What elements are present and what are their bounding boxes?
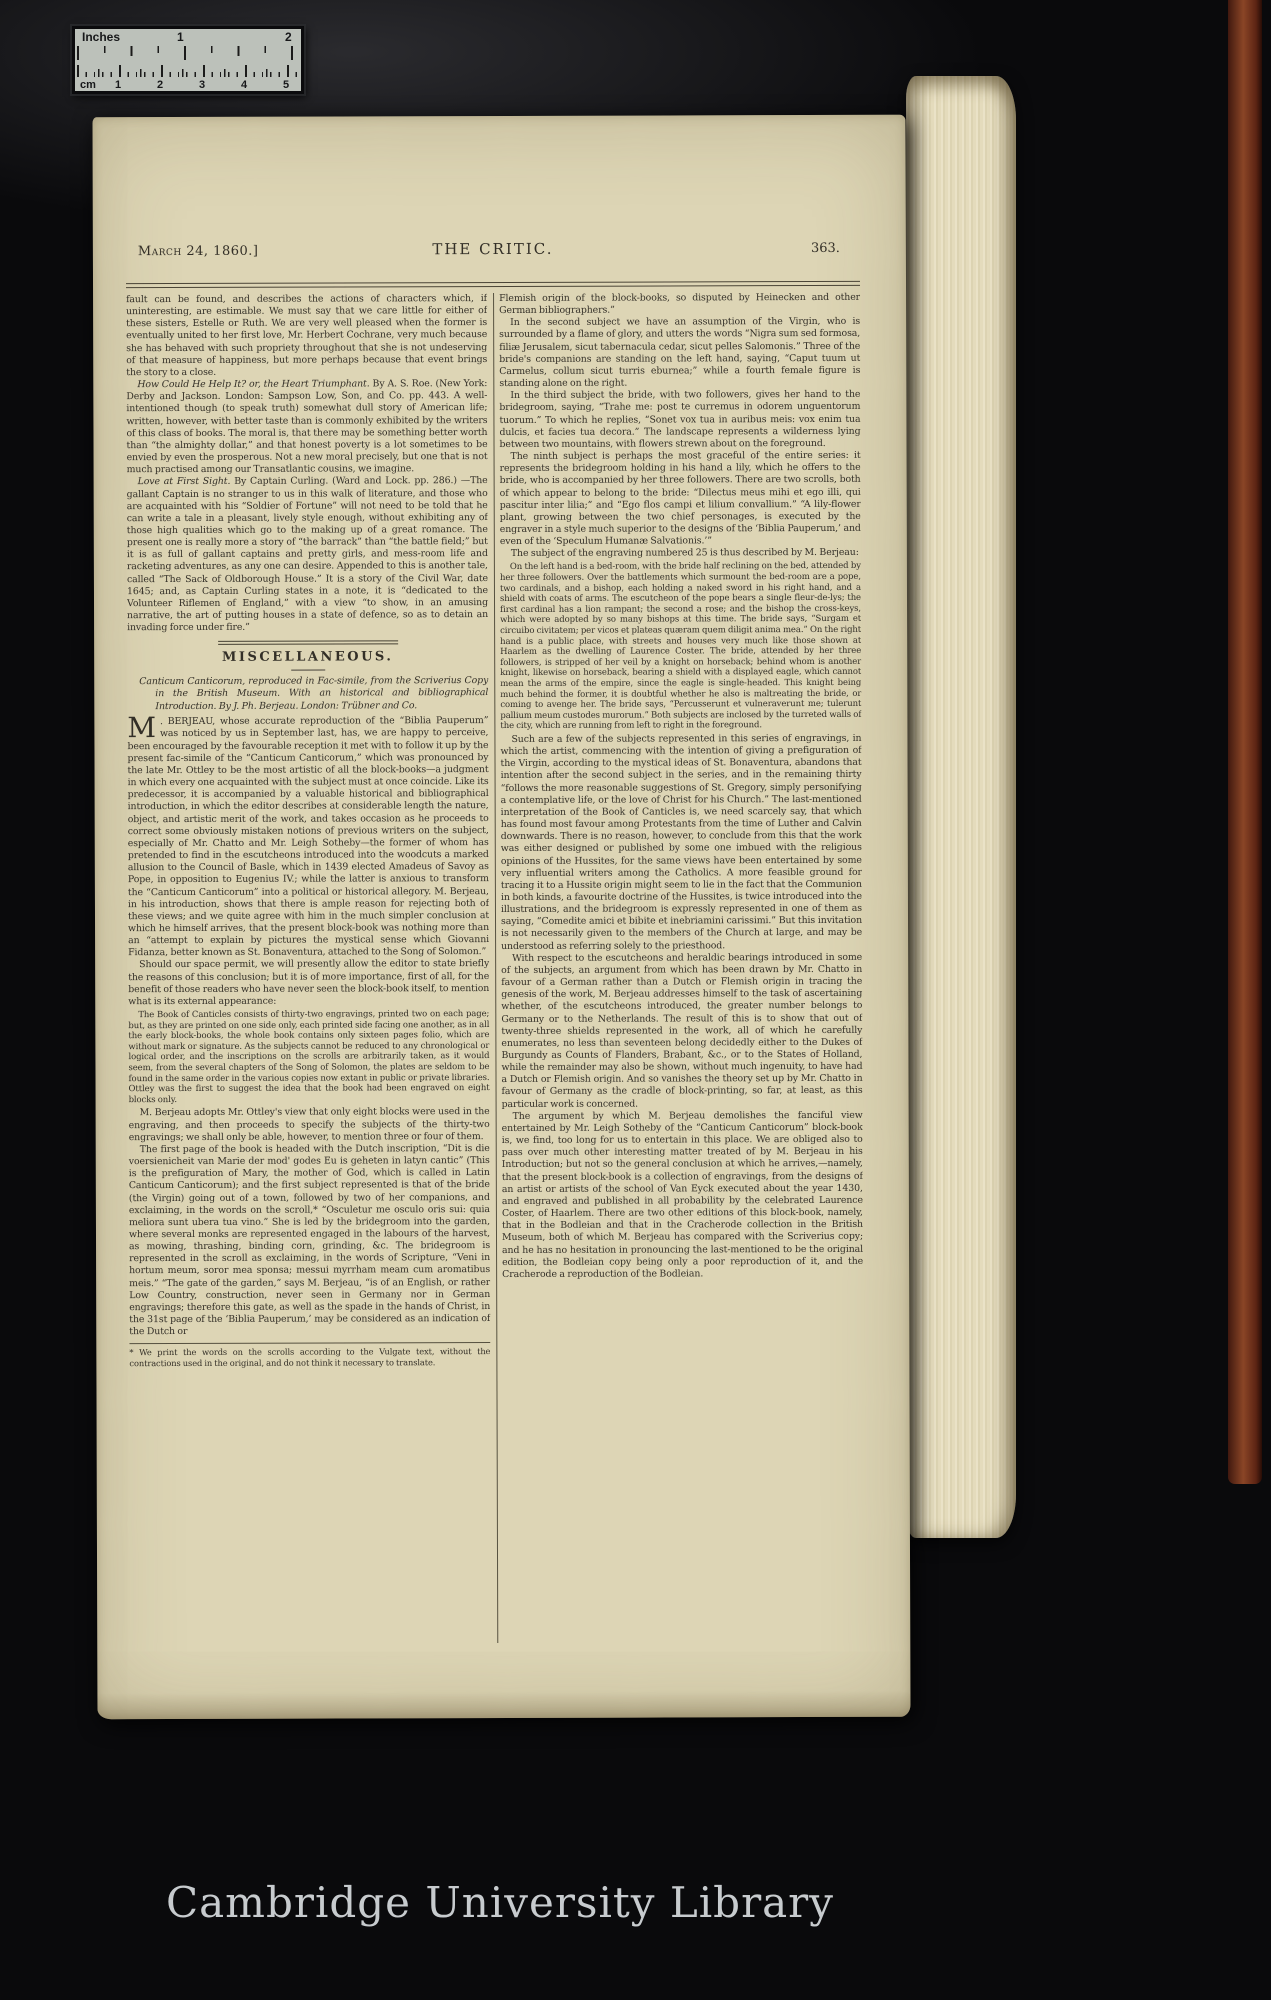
scanned-page: March 24, 1860.] THE CRITIC. 363. fault … <box>92 115 910 1720</box>
ruler-cm-number: 4 <box>241 79 247 91</box>
paragraph: In the third subject the bride, with two… <box>499 389 860 451</box>
photographic-ruler: Inches 1 2 cm 1 2 3 4 5 <box>72 26 304 94</box>
paragraph: The argument by which M. Berjeau demolis… <box>502 1110 864 1281</box>
ruler-cm-number: 1 <box>115 79 121 91</box>
lead-paragraph: M. BERJEAU, whose accurate reproduction … <box>127 715 489 959</box>
header-rule <box>126 281 860 288</box>
paragraph: The first page of the book is headed wit… <box>129 1143 491 1339</box>
paragraph: Should our space permit, we will present… <box>128 958 489 1008</box>
page-number: 363. <box>811 241 840 256</box>
footnote: * We print the words on the scrolls acco… <box>129 1346 490 1368</box>
paragraph: The ninth subject is perhaps the most gr… <box>500 450 861 548</box>
section-heading: MISCELLANEOUS. <box>127 651 488 664</box>
paragraph: In the second subject we have an assumpt… <box>499 316 860 390</box>
section-rule-double <box>218 641 398 646</box>
article-title: Canticum Canticorum, reproduced in Fac-s… <box>127 675 488 714</box>
ruler-cm-label: cm <box>80 79 96 91</box>
paragraph: Such are a few of the subjects represent… <box>500 733 862 953</box>
section-heading-block: MISCELLANEOUS. <box>127 640 488 670</box>
text-columns: fault can be found, and describes the ac… <box>126 292 864 1644</box>
column-divider-rule <box>493 293 498 1643</box>
review-title: How Could He Help It? or, the Heart Triu… <box>137 379 369 391</box>
ruler-cm-number: 2 <box>157 79 163 91</box>
lead-paragraph-text: . BERJEAU, whose accurate reproduction o… <box>127 715 489 958</box>
quoted-extract: On the left hand is a bed-room, with the… <box>500 561 862 732</box>
ruler-cm-ticks <box>77 65 299 77</box>
quoted-extract: The Book of Canticles consists of thirty… <box>128 1009 489 1105</box>
review-body: By Captain Curling. (Ward and Lock. pp. … <box>127 475 488 633</box>
paragraph: With respect to the escutcheons and hera… <box>501 952 862 1111</box>
review-title: Love at First Sight. <box>138 476 231 487</box>
ruler-inch-ticks <box>77 46 299 60</box>
review-body: By A. S. Roe. (New York: Derby and Jacks… <box>126 378 487 475</box>
footnote-rule <box>129 1342 490 1344</box>
journal-title: THE CRITIC. <box>126 239 860 259</box>
book-fore-edge <box>906 76 1016 1538</box>
library-watermark: Cambridge University Library <box>166 1878 834 1927</box>
ruler-inch-number: 2 <box>285 30 292 44</box>
left-column: fault can be found, and describes the ac… <box>126 293 491 1644</box>
paragraph: Flemish origin of the block-books, so di… <box>499 292 860 317</box>
book-review: How Could He Help It? or, the Heart Triu… <box>126 378 487 476</box>
section-rule-short <box>291 669 325 670</box>
paragraph: fault can be found, and describes the ac… <box>126 293 487 379</box>
paragraph: M. Berjeau adopts Mr. Ottley's view that… <box>129 1106 490 1144</box>
ruler-cm-number: 5 <box>283 79 289 91</box>
drop-cap: M <box>127 716 160 739</box>
ruler-inches-label: Inches <box>82 30 120 44</box>
book-review: Love at First Sight. By Captain Curling.… <box>127 475 488 634</box>
right-column: Flemish origin of the block-books, so di… <box>499 292 864 1643</box>
page-header: March 24, 1860.] THE CRITIC. 363. <box>126 239 860 265</box>
ruler-inch-number: 1 <box>177 30 184 44</box>
book-binding-strip <box>1228 0 1262 1484</box>
paragraph: The subject of the engraving numbered 25… <box>500 547 861 560</box>
ruler-cm-number: 3 <box>199 79 205 91</box>
